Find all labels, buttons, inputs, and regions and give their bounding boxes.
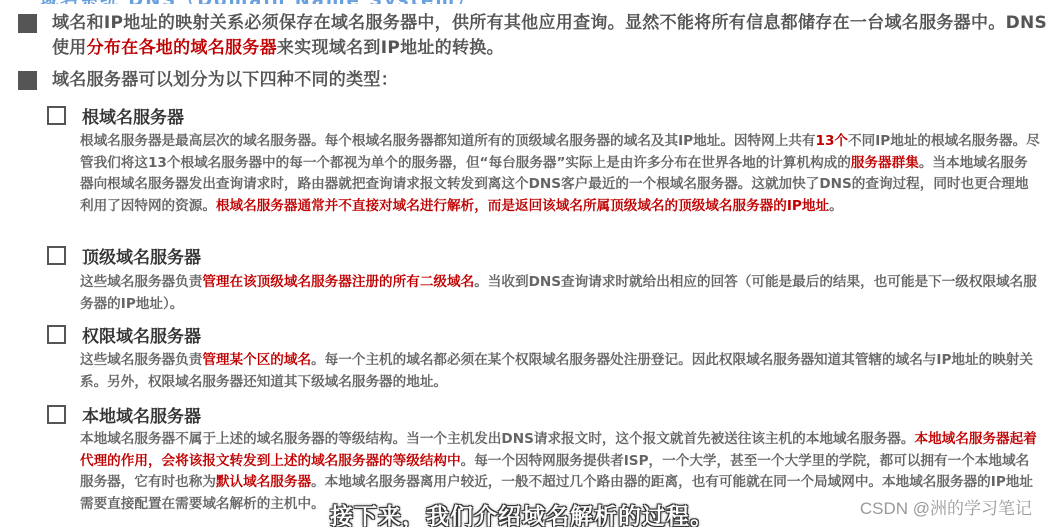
authoritative-server-description: 这些域名服务器负责管理某个区的域名。每一个主机的域名都必须在某个权限域名服务器处… [80,350,1040,393]
checkbox-bullet-icon [47,106,66,125]
highlighted-text: 默认域名服务器 [216,474,311,490]
highlighted-text: 管理在该顶级域名服务器注册的所有二级域名 [202,274,474,290]
highlighted-text: 根域名服务器通常并不直接对域名进行解析，而是返回该域名所属顶级域名的顶级域名服务… [216,198,829,214]
section-tld-servers: 顶级域名服务器 [47,243,201,268]
bullet-dns-storage: 域名和IP地址的映射关系必须保存在域名服务器中，供所有其他应用查询。显然不能将所… [18,11,1048,61]
body-text: 这些域名服务器负责 [80,352,202,368]
body-text: 本地域名服务器不属于上述的域名服务器的等级结构。当一个主机发出DNS请求报文时，… [80,431,914,447]
body-text: 来实现域名到IP地址的转换。 [277,38,504,58]
square-bullet-icon [18,71,37,90]
body-text: 。 [829,198,843,214]
highlighted-text: 13个 [816,133,849,149]
section-authoritative-servers: 权限域名服务器 [47,322,201,347]
video-subtitle: 接下来，我们介绍域名解析的过程。 [330,498,714,527]
bullet-server-types: 域名服务器可以划分为以下四种不同的类型： [18,68,1048,93]
tld-server-description: 这些域名服务器负责管理在该顶级域名服务器注册的所有二级域名。当收到DNS查询请求… [80,272,1040,315]
body-text: 这些域名服务器负责 [80,274,202,290]
section-title: 本地域名服务器 [82,402,201,427]
section-root-servers: 根域名服务器 [47,103,184,128]
body-text: 域名服务器可以划分为以下四种不同的类型： [52,70,398,90]
section-title: 权限域名服务器 [82,322,201,347]
section-title: 顶级域名服务器 [82,243,201,268]
highlighted-text: 管理某个区的域名 [202,352,311,368]
checkbox-bullet-icon [47,246,66,265]
body-text: 根域名服务器是最高层次的域名服务器。每个根域名服务器都知道所有的顶级域名服务器的… [80,133,816,149]
bullet-text: 域名服务器可以划分为以下四种不同的类型： [52,68,1048,93]
cut-off-heading: 域名系统 DNS（Domain Name System） [40,0,476,4]
highlighted-text: 服务器群集 [851,155,919,171]
section-local-servers: 本地域名服务器 [47,402,201,427]
checkbox-bullet-icon [47,325,66,344]
csdn-watermark: CSDN @洲的学习笔记 [860,494,1032,519]
checkbox-bullet-icon [47,405,66,424]
square-bullet-icon [18,14,37,33]
section-title: 根域名服务器 [82,103,184,128]
root-server-description: 根域名服务器是最高层次的域名服务器。每个根域名服务器都知道所有的顶级域名服务器的… [80,131,1040,217]
highlighted-text: 分布在各地的域名服务器 [87,38,277,58]
bullet-text: 域名和IP地址的映射关系必须保存在域名服务器中，供所有其他应用查询。显然不能将所… [52,11,1048,61]
